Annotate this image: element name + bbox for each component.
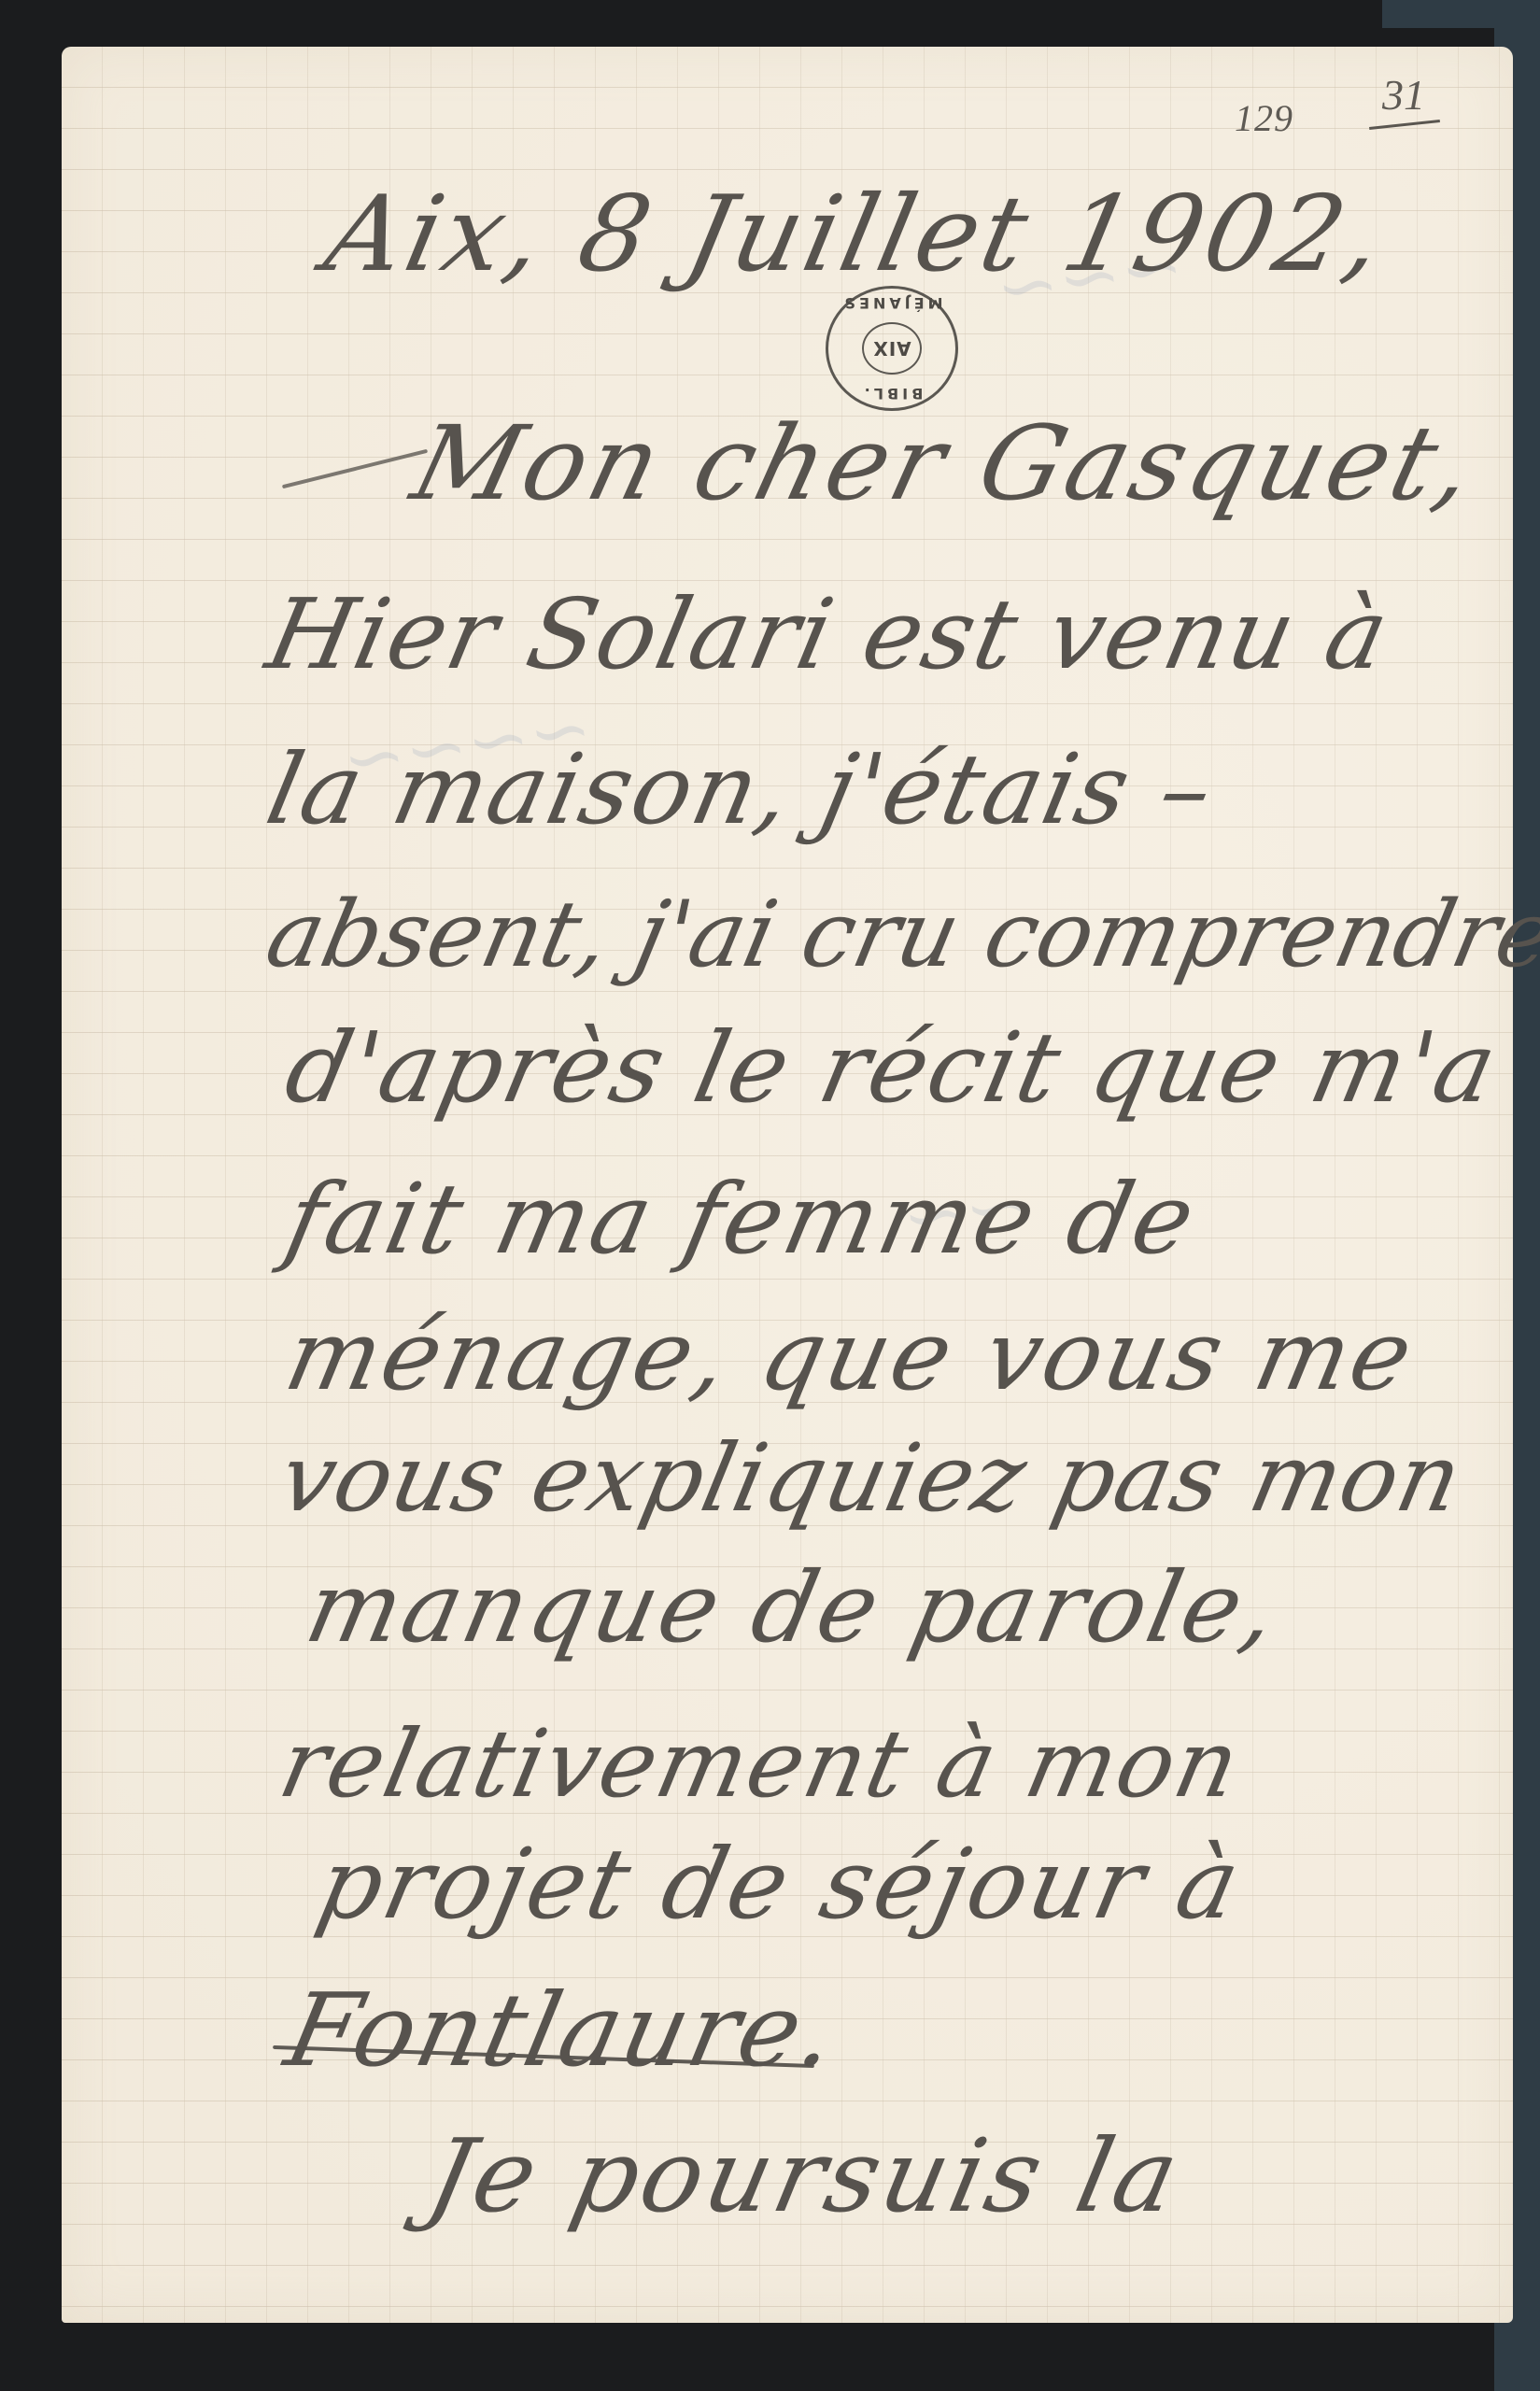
library-stamp: BIBL. AIX MÉJANES — [826, 286, 958, 411]
stamp-center-text: AIX — [862, 322, 922, 375]
letter-line: manque de parole, — [297, 1550, 1290, 1664]
letter-line: vous expliquiez pas mon — [271, 1423, 1472, 1533]
date-line: Aix, 8 Juillet 1902, — [316, 174, 1397, 295]
letter-line: d'après le récit que m'a — [276, 1011, 1507, 1125]
letter-line: la maison, j'étais – — [258, 732, 1224, 846]
stamp-ring-text-top: BIBL. — [828, 385, 955, 403]
letter-line: projet de séjour à — [308, 1827, 1251, 1941]
stamp-ring-text-bottom: MÉJANES — [828, 294, 955, 312]
archive-number: 129 — [1235, 96, 1293, 140]
letter-line: Fontlaure. — [276, 1973, 848, 2089]
letter-line: absent, j'ai cru comprendre — [258, 882, 1540, 988]
page-number: 31 — [1382, 70, 1425, 120]
letter-line: fait ma femme de — [276, 1162, 1207, 1276]
letter-line: relativement à mon — [271, 1709, 1250, 1818]
salutation: Mon cher Gasquet, — [402, 403, 1490, 523]
scanner-background-band — [1382, 0, 1540, 28]
letter-line: Je poursuis la — [418, 2118, 1192, 2235]
letter-line: ménage, que vous me — [276, 1298, 1424, 1412]
letter-line: Hier Solari est venu à — [258, 577, 1399, 691]
